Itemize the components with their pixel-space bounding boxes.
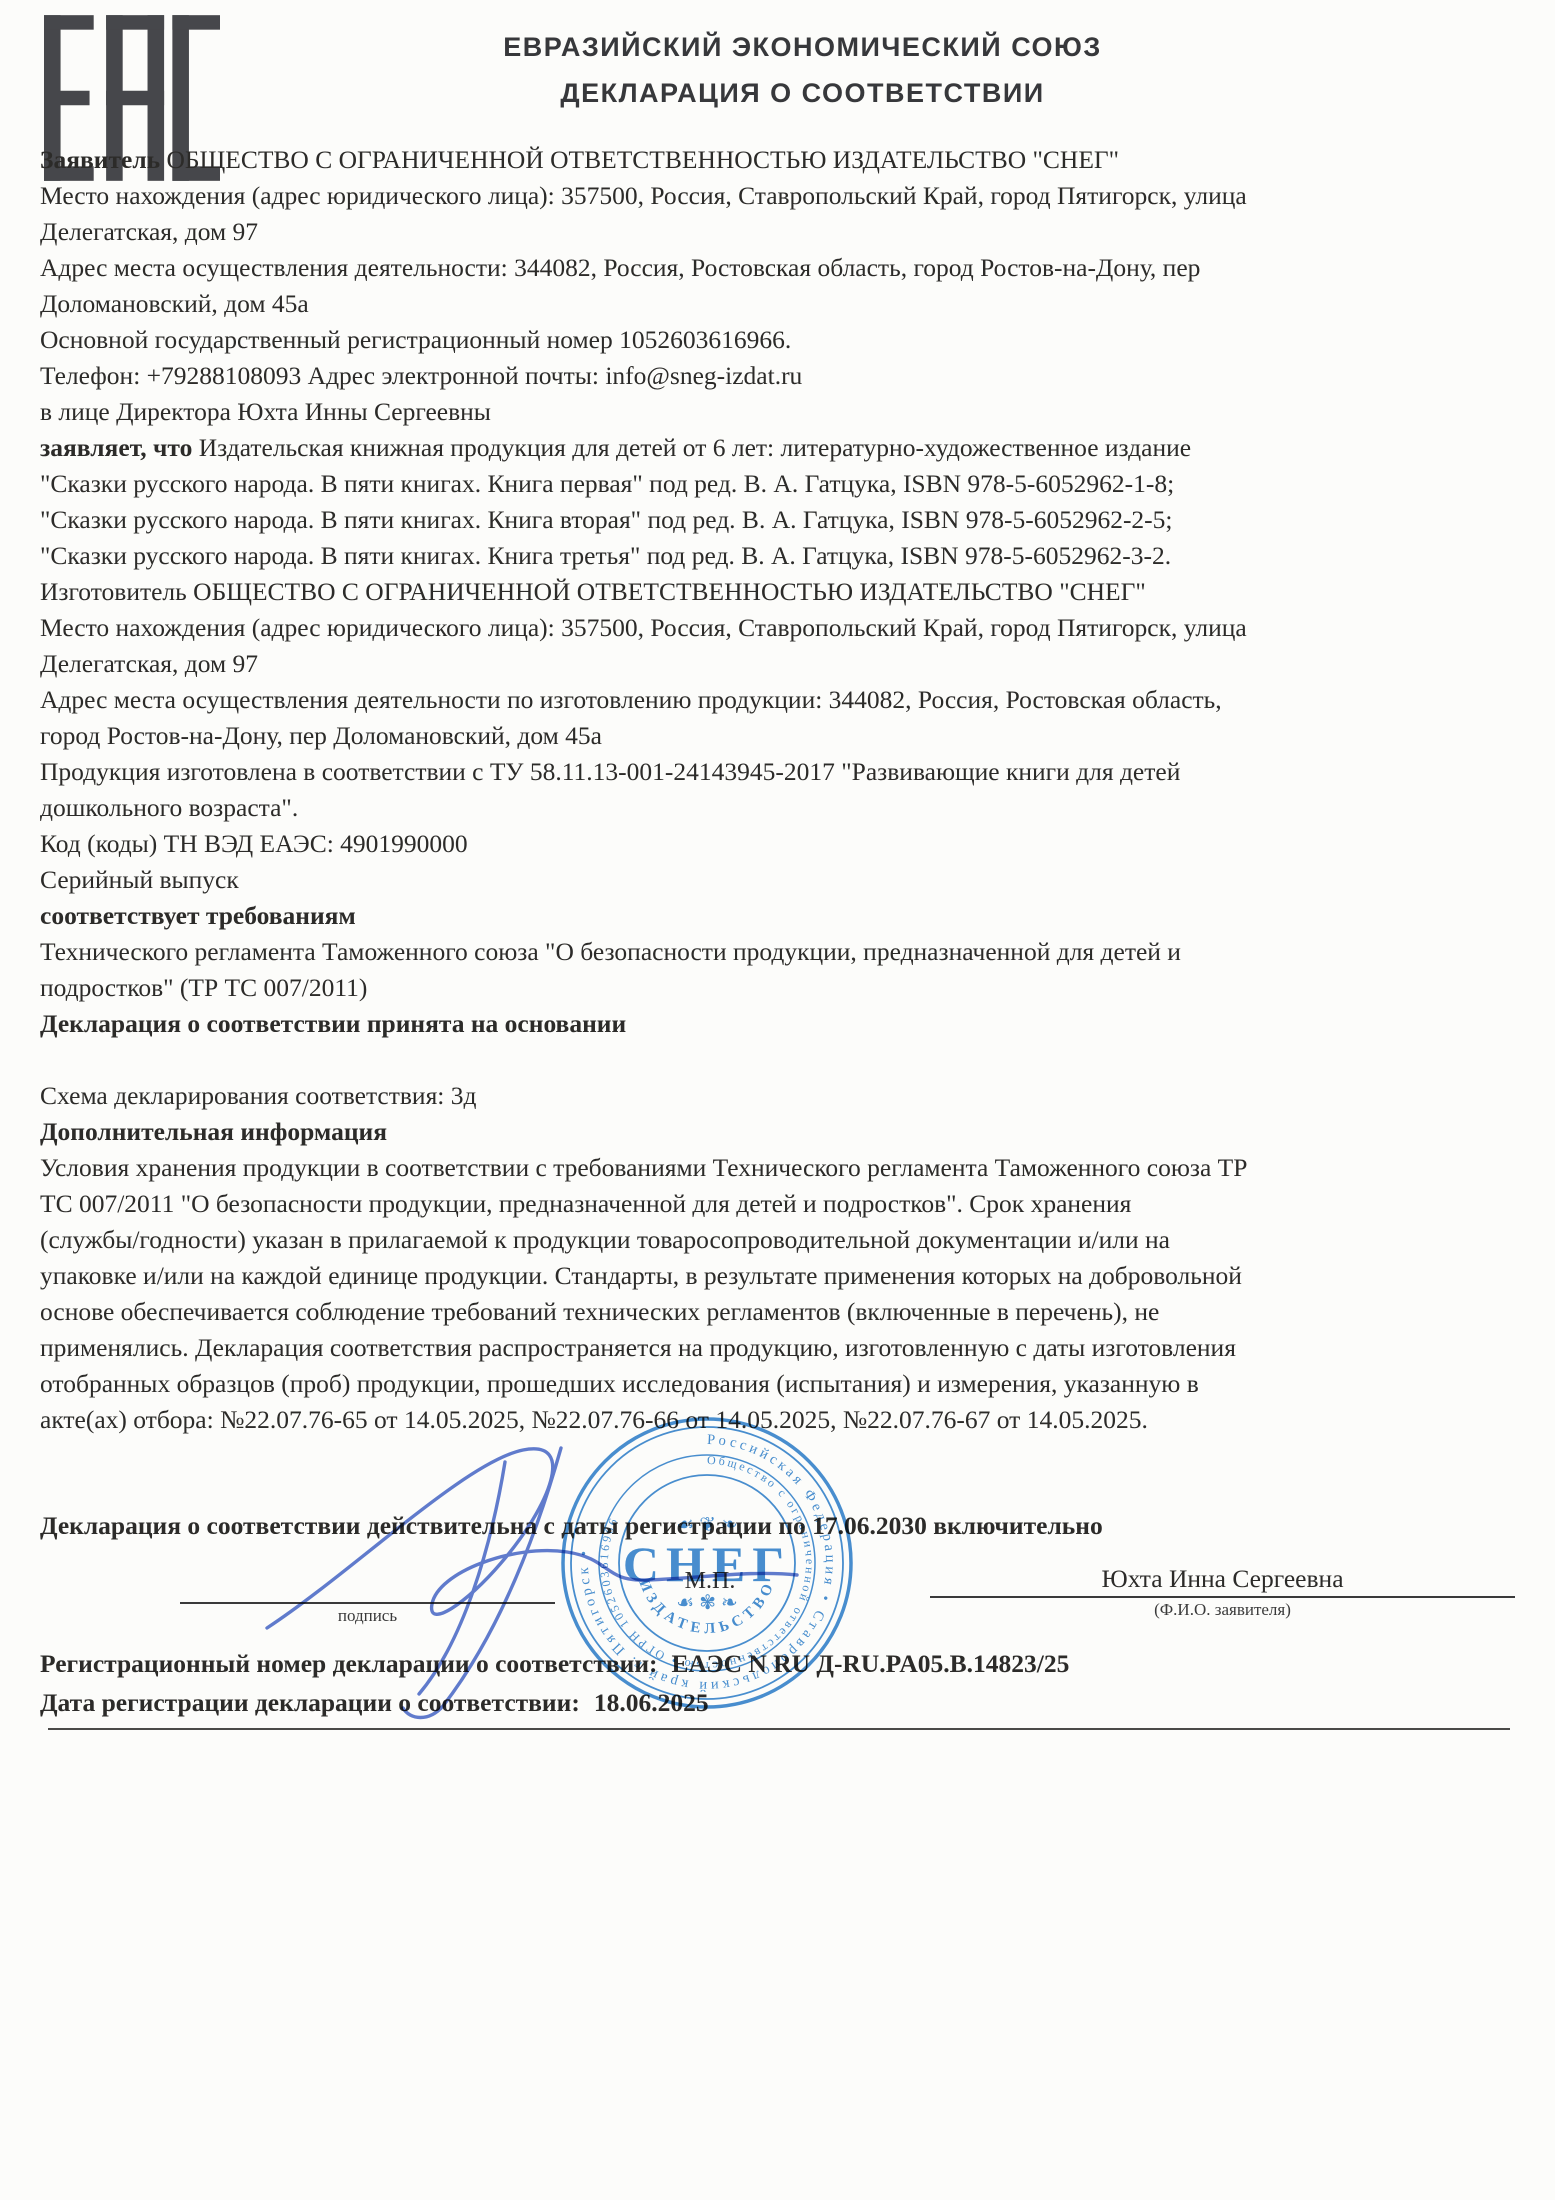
line-text: Основной государственный регистрационный… <box>40 325 791 354</box>
line-text: Продукция изготовлена в соответствии с Т… <box>40 757 1180 786</box>
signature-caption: подпись <box>180 1604 555 1628</box>
line-text: Технического регламента Таможенного союз… <box>40 937 1181 966</box>
text-line: "Сказки русского народа. В пяти книгах. … <box>40 502 1515 538</box>
line-text: Делегатская, дом 97 <box>40 217 258 246</box>
line-text: ТС 007/2011 "О безопасности продукции, п… <box>40 1189 1131 1218</box>
registration-number-line: Регистрационный номер декларации о соотв… <box>40 1644 1515 1683</box>
line-text: "Сказки русского народа. В пяти книгах. … <box>40 541 1171 570</box>
line-text: Адрес места осуществления деятельности п… <box>40 685 1222 714</box>
text-line: упаковке и/или на каждой единице продукц… <box>40 1258 1515 1294</box>
text-line: Изготовитель ОБЩЕСТВО С ОГРАНИЧЕННОЙ ОТВ… <box>40 574 1515 610</box>
text-line: Дополнительная информация <box>40 1114 1515 1150</box>
bottom-rule <box>48 1728 1510 1730</box>
text-line: Доломановский, дом 45а <box>40 286 1515 322</box>
text-line: Место нахождения (адрес юридического лиц… <box>40 178 1515 214</box>
line-text: отобранных образцов (проб) продукции, пр… <box>40 1369 1199 1398</box>
title-declaration: ДЕКЛАРАЦИЯ О СООТВЕТСТВИИ <box>110 70 1495 116</box>
validity-text: Декларация о соответствии действительна … <box>40 1511 1103 1540</box>
text-line: соответствует требованиям <box>40 898 1515 934</box>
line-text: Изготовитель ОБЩЕСТВО С ОГРАНИЧЕННОЙ ОТВ… <box>40 577 1146 606</box>
line-text: подростков" (ТР ТС 007/2011) <box>40 973 367 1002</box>
line-text: упаковке и/или на каждой единице продукц… <box>40 1261 1242 1290</box>
line-bold-label: заявляет, что <box>40 433 192 462</box>
registration-date-line: Дата регистрации декларации о соответств… <box>40 1683 1515 1722</box>
line-text: в лице Директора Юхта Инны Сергеевны <box>40 397 491 426</box>
line-bold-label: Дополнительная информация <box>40 1117 387 1146</box>
registration-date-label: Дата регистрации декларации о соответств… <box>40 1688 580 1717</box>
document-body: Заявитель ОБЩЕСТВО С ОГРАНИЧЕННОЙ ОТВЕТС… <box>0 142 1555 1730</box>
applicant-name-field: Юхта Инна Сергеевна (Ф.И.О. заявителя) <box>930 1562 1515 1622</box>
text-line: Технического регламента Таможенного союз… <box>40 934 1515 970</box>
text-line: Декларация о соответствии принята на осн… <box>40 1006 1515 1042</box>
text-line: "Сказки русского народа. В пяти книгах. … <box>40 466 1515 502</box>
line-text: Серийный выпуск <box>40 865 239 894</box>
text-lines: Заявитель ОБЩЕСТВО С ОГРАНИЧЕННОЙ ОТВЕТС… <box>40 142 1515 1438</box>
text-line: Основной государственный регистрационный… <box>40 322 1515 358</box>
line-bold-label: Декларация о соответствии принята на осн… <box>40 1009 626 1038</box>
text-line: Схема декларирования соответствия: 3д <box>40 1078 1515 1114</box>
line-text: Место нахождения (адрес юридического лиц… <box>40 613 1247 642</box>
line-text: "Сказки русского народа. В пяти книгах. … <box>40 469 1174 498</box>
document-title: ЕВРАЗИЙСКИЙ ЭКОНОМИЧЕСКИЙ СОЮЗ ДЕКЛАРАЦИ… <box>110 24 1495 116</box>
text-line: подростков" (ТР ТС 007/2011) <box>40 970 1515 1006</box>
text-line: Заявитель ОБЩЕСТВО С ОГРАНИЧЕННОЙ ОТВЕТС… <box>40 142 1515 178</box>
registration-date-value: 18.06.2025 <box>594 1688 709 1717</box>
text-line: Продукция изготовлена в соответствии с Т… <box>40 754 1515 790</box>
line-text: Доломановский, дом 45а <box>40 289 309 318</box>
text-line: Код (коды) ТН ВЭД ЕАЭС: 4901990000 <box>40 826 1515 862</box>
line-text: Схема декларирования соответствия: 3д <box>40 1081 477 1110</box>
registration-number-value: ЕАЭС N RU Д-RU.PA05.B.14823/25 <box>672 1649 1070 1678</box>
text-line: "Сказки русского народа. В пяти книгах. … <box>40 538 1515 574</box>
text-line: заявляет, что Издательская книжная проду… <box>40 430 1515 466</box>
document-page: ЕВРАЗИЙСКИЙ ЭКОНОМИЧЕСКИЙ СОЮЗ ДЕКЛАРАЦИ… <box>0 0 1555 2200</box>
text-line: Адрес места осуществления деятельности п… <box>40 682 1515 718</box>
text-line: Условия хранения продукции в соответстви… <box>40 1150 1515 1186</box>
line-text: Издательская книжная продукция для детей… <box>192 433 1191 462</box>
text-line: основе обеспечивается соблюдение требова… <box>40 1294 1515 1330</box>
stamp-place-label: М.П. <box>665 1568 755 1595</box>
signature-field: подпись <box>180 1602 555 1628</box>
text-line: город Ростов-на-Дону, пер Доломановский,… <box>40 718 1515 754</box>
line-bold-label: Заявитель <box>40 145 160 174</box>
line-text: ОБЩЕСТВО С ОГРАНИЧЕННОЙ ОТВЕТСТВЕННОСТЬЮ… <box>160 145 1119 174</box>
title-union: ЕВРАЗИЙСКИЙ ЭКОНОМИЧЕСКИЙ СОЮЗ <box>110 24 1495 70</box>
text-line: дошкольного возраста". <box>40 790 1515 826</box>
text-line: Серийный выпуск <box>40 862 1515 898</box>
line-text: применялись. Декларация соответствия рас… <box>40 1333 1236 1362</box>
line-text: Код (коды) ТН ВЭД ЕАЭС: 4901990000 <box>40 829 468 858</box>
text-line: Телефон: +79288108093 Адрес электронной … <box>40 358 1515 394</box>
registration-number-label: Регистрационный номер декларации о соотв… <box>40 1649 658 1678</box>
text-line: Делегатская, дом 97 <box>40 646 1515 682</box>
line-text: (службы/годности) указан в прилагаемой к… <box>40 1225 1170 1254</box>
signature-area: подпись М.П. Юхта Инна Сергеевна (Ф.И.О.… <box>40 1544 1515 1644</box>
line-text: дошкольного возраста". <box>40 793 298 822</box>
line-text: Делегатская, дом 97 <box>40 649 258 678</box>
line-text: город Ростов-на-Дону, пер Доломановский,… <box>40 721 602 750</box>
line-text: Условия хранения продукции в соответстви… <box>40 1153 1247 1182</box>
text-line: акте(ах) отбора: №22.07.76-65 от 14.05.2… <box>40 1402 1515 1438</box>
text-line: применялись. Декларация соответствия рас… <box>40 1330 1515 1366</box>
line-text: "Сказки русского народа. В пяти книгах. … <box>40 505 1173 534</box>
line-text: акте(ах) отбора: №22.07.76-65 от 14.05.2… <box>40 1405 1148 1434</box>
applicant-name-caption: (Ф.И.О. заявителя) <box>930 1598 1515 1622</box>
line-text: Телефон: +79288108093 Адрес электронной … <box>40 361 802 390</box>
text-line: Делегатская, дом 97 <box>40 214 1515 250</box>
text-line: Адрес места осуществления деятельности: … <box>40 250 1515 286</box>
text-line: отобранных образцов (проб) продукции, пр… <box>40 1366 1515 1402</box>
text-line: ТС 007/2011 "О безопасности продукции, п… <box>40 1186 1515 1222</box>
text-line: Место нахождения (адрес юридического лиц… <box>40 610 1515 646</box>
line-bold-label: соответствует требованиям <box>40 901 356 930</box>
text-line: (службы/годности) указан в прилагаемой к… <box>40 1222 1515 1258</box>
text-line <box>40 1042 1515 1078</box>
text-line: в лице Директора Юхта Инны Сергеевны <box>40 394 1515 430</box>
line-text: Место нахождения (адрес юридического лиц… <box>40 181 1247 210</box>
line-text: Адрес места осуществления деятельности: … <box>40 253 1200 282</box>
applicant-name: Юхта Инна Сергеевна <box>930 1562 1515 1596</box>
validity-line: Декларация о соответствии действительна … <box>40 1508 1515 1544</box>
line-text: основе обеспечивается соблюдение требова… <box>40 1297 1159 1326</box>
